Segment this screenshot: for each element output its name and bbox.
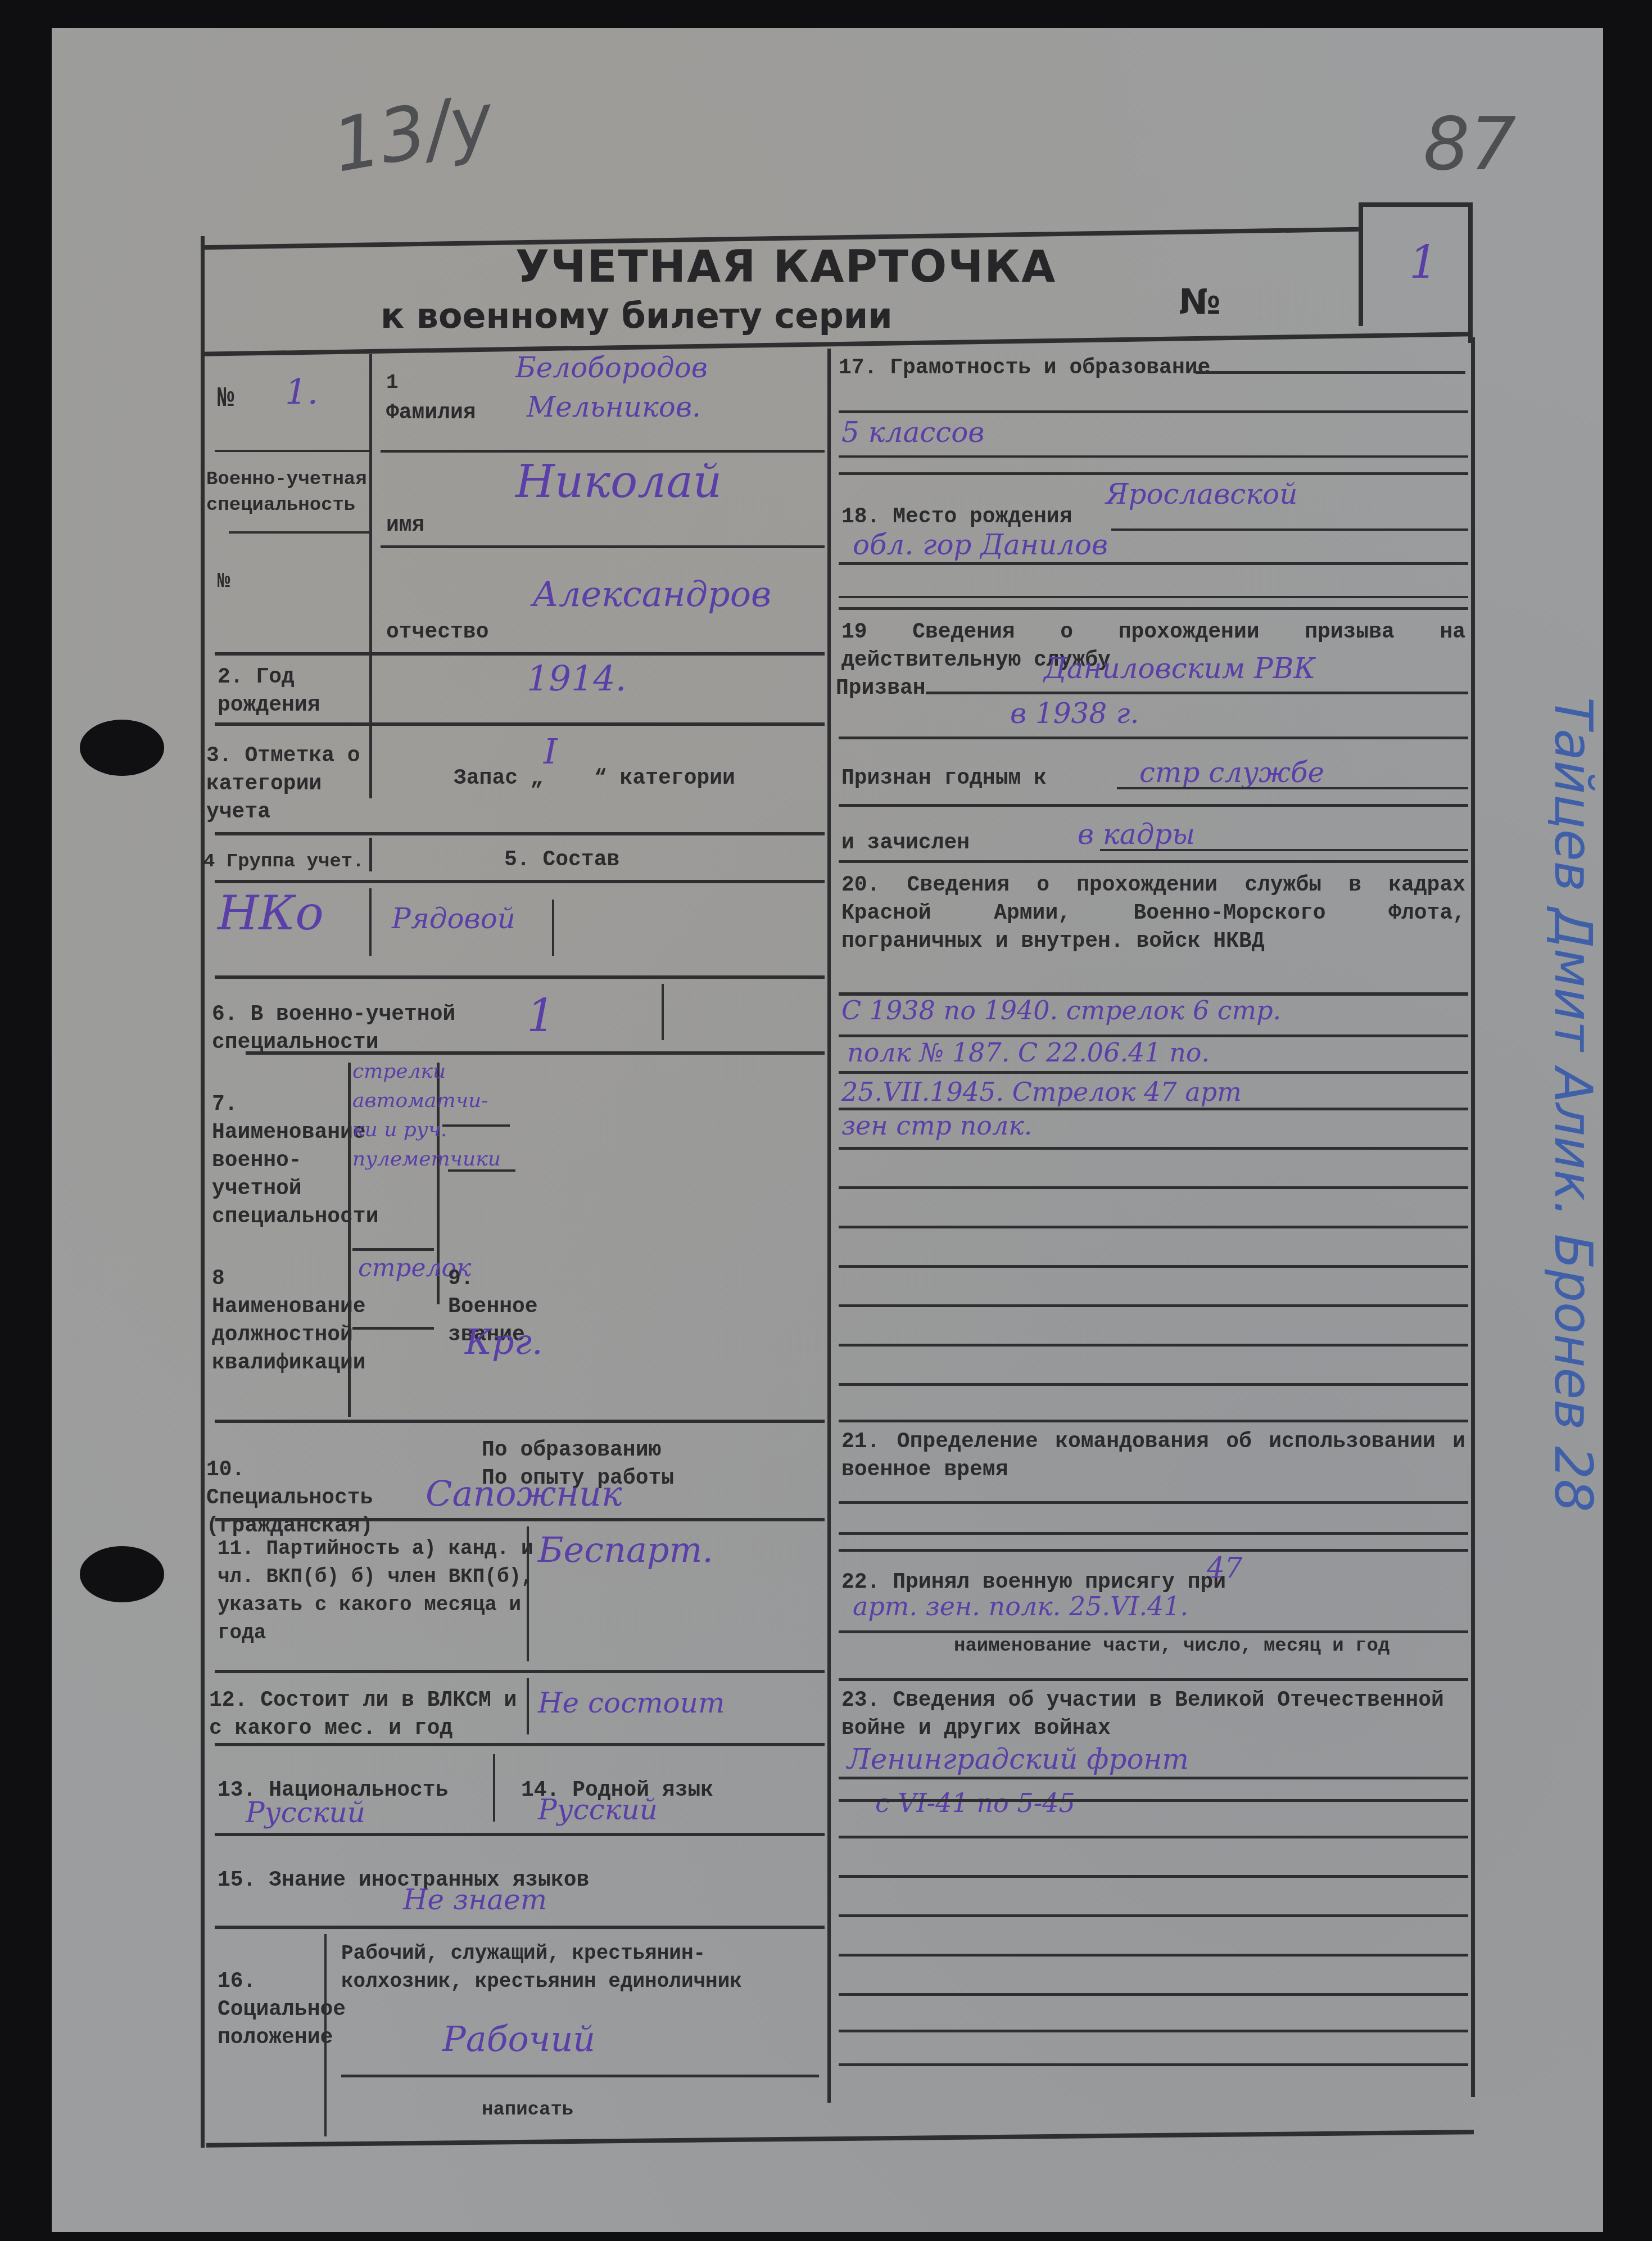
foreign15-value: Не знает	[403, 1883, 547, 1916]
patronymic-label: отчество	[386, 618, 488, 647]
rule	[381, 545, 825, 548]
patronymic-value: Александров	[532, 573, 771, 615]
pos8-label: 8 Наименование должностной квалификации	[212, 1265, 347, 1377]
civil10-value: Сапожник	[426, 1473, 622, 1514]
vus7-line: ки и руч.	[352, 1115, 501, 1145]
rule	[839, 1147, 1468, 1150]
birthplace18-value-2: обл. гор Данилов	[853, 528, 1108, 561]
field-1-number: 1	[386, 371, 399, 394]
name-label: имя	[386, 512, 424, 540]
oath22-value-2: арт. зен. полк. 25.VI.41.	[853, 1591, 1188, 1621]
drafted-value-1: Даниловским РВК	[1044, 652, 1315, 685]
rule	[839, 2030, 1468, 2032]
rule	[839, 1875, 1468, 1878]
rule	[229, 531, 369, 534]
rule	[448, 1169, 515, 1172]
rule	[215, 1670, 825, 1673]
birth-year-label: 2. Год рождения	[218, 663, 364, 720]
rule	[827, 349, 831, 2103]
composition-label: 5. Состав	[504, 846, 619, 874]
rule	[352, 1327, 434, 1330]
rule	[493, 1754, 495, 1822]
military-registration-form: УЧЕТНАЯ КАРТОЧКА к военному билету серии…	[201, 202, 1482, 2136]
rule	[352, 1248, 434, 1251]
civil10-by-education: По образованию	[482, 1436, 661, 1465]
rule	[1468, 202, 1473, 343]
rule	[839, 1304, 1468, 1307]
rule	[369, 888, 372, 956]
war23-value-2: с VI-41 по 5-45	[875, 1788, 1075, 1818]
rule	[1359, 202, 1471, 207]
oath22-value-1: 47	[1207, 1552, 1243, 1584]
vus7-line: стрелки	[352, 1057, 501, 1086]
party11-value: Беспарт.	[538, 1529, 713, 1570]
pencil-note-top-right: 87	[1423, 101, 1516, 187]
reserve-label-pre: Запас „	[454, 765, 544, 793]
rule	[369, 838, 372, 871]
reserve-label-post: “ категории	[594, 765, 735, 793]
rule	[206, 2130, 1474, 2148]
rule	[215, 722, 825, 726]
rule	[442, 1124, 510, 1127]
rule	[839, 1993, 1468, 1996]
rule	[839, 1799, 1468, 1802]
rule	[215, 450, 369, 452]
service20-line: зен стр полк.	[841, 1110, 1032, 1141]
drafted-label: Призван	[836, 675, 926, 703]
surname-value: Мельников.	[527, 391, 701, 423]
edu17-label: 17. Грамотность и образование	[839, 354, 1210, 382]
rule	[839, 2063, 1468, 2066]
composition-value: Рядовой	[392, 902, 515, 935]
rule	[527, 1678, 529, 1734]
rule	[215, 832, 825, 835]
rule	[1111, 528, 1468, 531]
rule	[839, 455, 1468, 458]
rule	[215, 1420, 825, 1423]
komsomol12-value: Не состоит	[538, 1687, 725, 1719]
document-card: 13/у 87 Тайцев Дмит Алик. Бронев 28 УЧЕТ…	[52, 28, 1603, 2232]
nationality13-value: Русский	[246, 1796, 365, 1829]
rule	[839, 1836, 1468, 1838]
rule	[839, 1549, 1468, 1552]
rule	[215, 1518, 825, 1521]
rule	[839, 1071, 1468, 1074]
name-value: Николай	[515, 455, 722, 508]
vus-no-label: №	[218, 568, 230, 596]
rule	[839, 1186, 1468, 1189]
card-no-value: 1.	[285, 371, 318, 412]
service20-line: 25.VII.1945. Стрелок 47 арт	[841, 1077, 1242, 1107]
rule	[839, 472, 1468, 475]
reserve-category-value: I	[544, 731, 558, 772]
rule	[215, 652, 825, 656]
party11-label: 11. Партийность а) канд. и чл. ВКП(б) б)…	[218, 1535, 555, 1647]
rank9-value: Крг.	[465, 1321, 543, 1362]
rule	[839, 737, 1468, 739]
rule	[839, 607, 1468, 610]
social16-footer: написать	[482, 2097, 573, 2123]
enrolled-label: и зачислен	[841, 829, 970, 857]
enrolled-value: в кадры	[1078, 818, 1195, 851]
rule	[1117, 787, 1468, 789]
surname-value-top: Белобородов	[515, 351, 708, 384]
rule	[839, 1344, 1468, 1347]
surname-label: Фамилия	[386, 399, 476, 427]
rule	[839, 596, 1468, 598]
category-label: 3. Отметка о категории учета	[206, 742, 375, 826]
rule	[839, 410, 1468, 413]
war23-value-1: Ленинградский фронт	[847, 1743, 1189, 1775]
rule	[839, 860, 1468, 863]
margin-note-vertical: Тайцев Дмит Алик. Бронев 28	[1543, 697, 1603, 1512]
rule	[839, 1420, 1468, 1422]
rule	[839, 804, 1468, 807]
rule	[1359, 202, 1363, 326]
number-box-value: 1	[1409, 236, 1438, 288]
rule	[839, 1532, 1468, 1535]
vus7-label: 7. Наименование военно-учетной специальн…	[212, 1091, 347, 1231]
service20-line: полк № 187. С 22.06.41 по.	[847, 1037, 1210, 1068]
fit-value: стр службе	[1139, 756, 1324, 789]
rule	[381, 450, 825, 453]
rule	[926, 692, 1468, 694]
language14-value: Русский	[538, 1793, 658, 1826]
rule	[1196, 371, 1465, 374]
rule	[215, 1743, 825, 1746]
rule	[215, 1833, 825, 1836]
rule	[839, 1777, 1468, 1779]
rule	[839, 1914, 1468, 1917]
rule	[246, 1051, 825, 1055]
rule	[839, 1678, 1468, 1681]
birthplace18-label: 18. Место рождения	[841, 503, 1072, 531]
group-label: 4 Группа учет.	[203, 849, 364, 875]
rule	[215, 1926, 825, 1929]
punch-hole-top	[80, 720, 164, 776]
rule	[662, 984, 664, 1040]
group-value: НКо	[218, 885, 324, 941]
rule	[839, 1954, 1468, 1957]
vus-label: Военно-учетная специальность	[206, 467, 369, 518]
social16-options: Рабочий, служащий, крестьянин-колхозник,…	[341, 1940, 819, 1996]
service20-label: 20. Сведения о прохождении службы в кадр…	[841, 871, 1465, 956]
rule	[1471, 337, 1475, 2097]
rule	[839, 1501, 1468, 1504]
rule	[341, 2075, 819, 2077]
rule	[839, 1265, 1468, 1268]
punch-hole-bottom	[80, 1546, 164, 1602]
rule	[839, 1383, 1468, 1386]
rule	[552, 900, 554, 956]
oath22-caption: наименование части, число, месяц и год	[954, 1633, 1390, 1659]
social16-label: 16. Социальное положение	[218, 1968, 313, 2052]
komsomol12-label: 12. Состоит ли в ВЛКСМ и с какого мес. и…	[209, 1687, 529, 1743]
vus7-line: автоматчи-	[352, 1086, 501, 1115]
rule	[215, 880, 825, 883]
vus7-value: стрелки автоматчи- ки и руч. пулеметчики	[352, 1057, 501, 1174]
vus6-value: 1	[527, 990, 555, 1042]
vus6-label: 6. В военно-учетной специальности	[212, 1001, 493, 1057]
birthplace18-value-1: Ярославской	[1106, 478, 1297, 510]
form-title: УЧЕТНАЯ КАРТОЧКА	[515, 242, 1056, 292]
pencil-note-top-left: 13/у	[327, 76, 500, 188]
edu17-value: 5 классов	[841, 416, 984, 449]
rule	[839, 1226, 1468, 1228]
rule	[369, 354, 372, 798]
social16-value: Рабочий	[442, 2018, 595, 2059]
fit-label: Признан годным к	[841, 765, 1047, 793]
rule	[201, 236, 205, 2148]
command21-label: 21. Определение командования об использо…	[841, 1428, 1465, 1484]
number-label: №	[1179, 281, 1221, 322]
rule	[215, 975, 825, 979]
form-subtitle: к военному билету серии	[381, 295, 893, 336]
rule	[1100, 849, 1468, 851]
drafted-value-2: в 1938 г.	[1010, 697, 1139, 730]
birth-year-value: 1914.	[527, 658, 627, 699]
civil10-label: 10. Специальность (гражданская)	[206, 1456, 409, 1540]
card-no-label: №	[218, 385, 234, 413]
rule	[527, 1526, 529, 1661]
rule	[324, 1934, 327, 2136]
rule	[839, 562, 1468, 565]
war23-label: 23. Сведения об участии в Великой Отечес…	[841, 1687, 1465, 1743]
service20-line: С 1938 по 1940. стрелок 6 стр.	[841, 995, 1281, 1025]
